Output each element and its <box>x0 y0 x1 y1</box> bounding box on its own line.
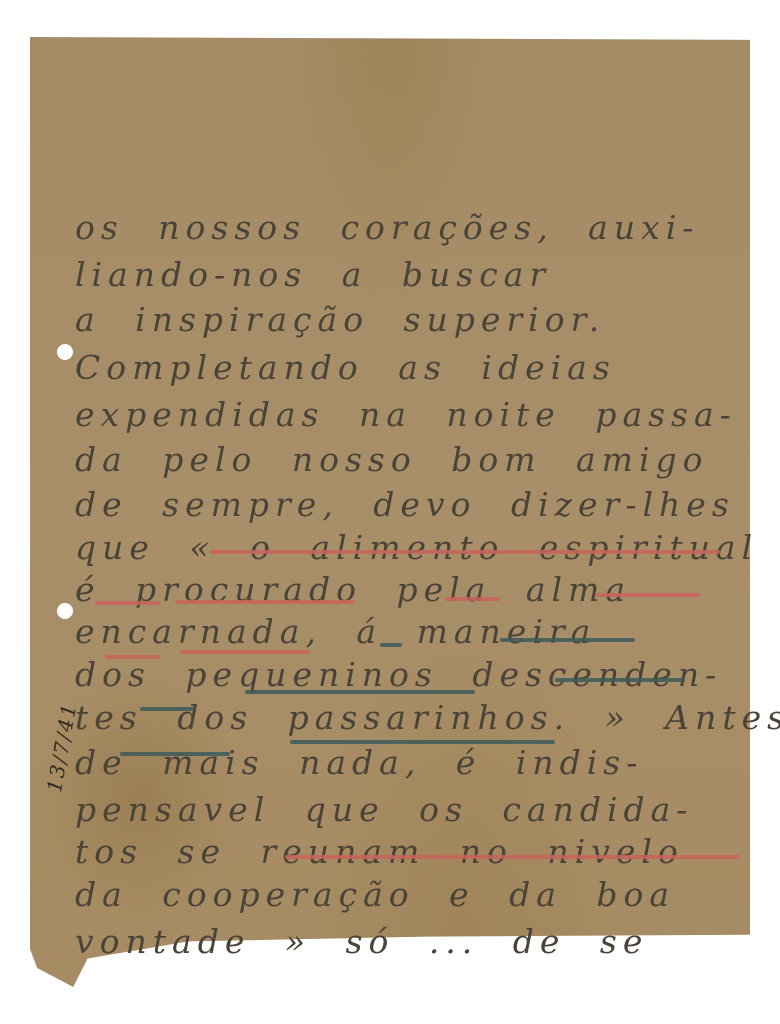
text-line-8: que « o alimento espiritual <box>75 528 740 567</box>
red-underline <box>175 600 355 604</box>
blue-underline <box>380 643 402 647</box>
blue-underline <box>500 638 635 642</box>
text-line-11: dos pequeninos descenden- <box>75 655 740 694</box>
red-underline <box>210 550 720 554</box>
punch-hole <box>57 344 73 360</box>
text-line-15: tos se reunam no nivelo <box>75 832 740 871</box>
red-underline <box>105 655 160 659</box>
punch-hole <box>57 603 73 619</box>
blue-underline <box>290 740 555 744</box>
red-underline <box>595 593 700 597</box>
text-line-4: Completando as ideias <box>75 348 740 387</box>
text-line-2: liando-nos a buscar <box>75 255 740 294</box>
text-line-6: da pelo nosso bom amigo <box>75 440 740 479</box>
red-underline <box>285 855 740 859</box>
blue-underline <box>140 707 195 711</box>
text-line-16: da cooperação e da boa <box>75 875 740 914</box>
red-underline <box>95 601 160 605</box>
text-line-7: de sempre, devo dizer-lhes <box>75 485 740 524</box>
red-underline <box>180 650 310 654</box>
text-line-17: vontade » só ... de se <box>75 922 740 961</box>
blue-underline <box>555 678 685 682</box>
text-line-1: os nossos corações, auxi- <box>75 208 740 247</box>
text-line-10: encarnada, á maneira <box>75 612 740 651</box>
text-line-3: a inspiração superior. <box>75 300 740 339</box>
blue-underline <box>245 690 475 694</box>
text-line-12: tes dos passarinhos. » Antes <box>75 698 740 737</box>
blue-underline <box>120 752 230 756</box>
text-line-13: de mais nada, é indis- <box>75 743 740 782</box>
text-line-5: expendidas na noite passa- <box>75 395 740 434</box>
text-line-14: pensavel que os candida- <box>75 790 740 829</box>
red-underline <box>445 597 500 601</box>
